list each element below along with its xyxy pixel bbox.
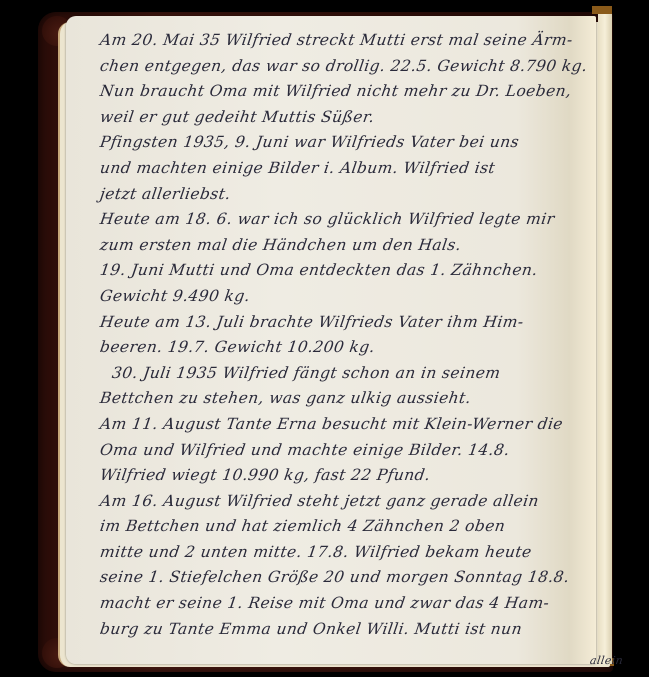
text-line: zum ersten mal die Händchen um den Hals. [98,233,612,259]
text-line: Am 20. Mai 35 Wilfried streckt Mutti ers… [98,28,612,54]
text-line: Nun braucht Oma mit Wilfried nicht mehr … [98,79,612,105]
text-line: Oma und Wilfried und machte einige Bilde… [98,438,612,464]
text-line: Am 16. August Wilfried steht jetzt ganz … [98,489,612,515]
text-line: Heute am 13. Juli brachte Wilfrieds Vate… [98,310,612,336]
gilt-edge-top [592,6,612,14]
text-line: Bettchen zu stehen, was ganz ulkig aussi… [98,386,612,412]
text-line: seine 1. Stiefelchen Größe 20 und morgen… [98,565,612,591]
text-line: beeren. 19.7. Gewicht 10.200 kg. [98,335,612,361]
text-line: Heute am 18. 6. war ich so glücklich Wil… [98,207,612,233]
text-line: chen entgegen, das war so drollig. 22.5.… [98,54,612,80]
text-line: Am 11. August Tante Erna besucht mit Kle… [98,412,612,438]
text-line: weil er gut gedeiht Muttis Süßer. [98,105,612,131]
text-line: und machten einige Bilder i. Album. Wilf… [98,156,612,182]
text-line: 19. Juni Mutti und Oma entdeckten das 1.… [98,258,612,284]
text-line: burg zu Tante Emma und Onkel Willi. Mutt… [98,617,612,643]
text-line: Wilfried wiegt 10.990 kg, fast 22 Pfund. [98,463,612,489]
text-line: 30. Juli 1935 Wilfried fängt schon an in… [98,361,612,387]
margin-tail-word: allein [588,648,625,674]
text-line: im Bettchen und hat ziemlich 4 Zähnchen … [98,514,612,540]
text-line: macht er seine 1. Reise mit Oma und zwar… [98,591,612,617]
text-line: mitte und 2 unten mitte. 17.8. Wilfried … [98,540,612,566]
text-line: jetzt allerliebst. [98,182,612,208]
handwritten-text: Am 20. Mai 35 Wilfried streckt Mutti ers… [100,28,610,642]
text-line: Pfingsten 1935, 9. Juni war Wilfrieds Va… [98,130,612,156]
text-line: Gewicht 9.490 kg. [98,284,612,310]
